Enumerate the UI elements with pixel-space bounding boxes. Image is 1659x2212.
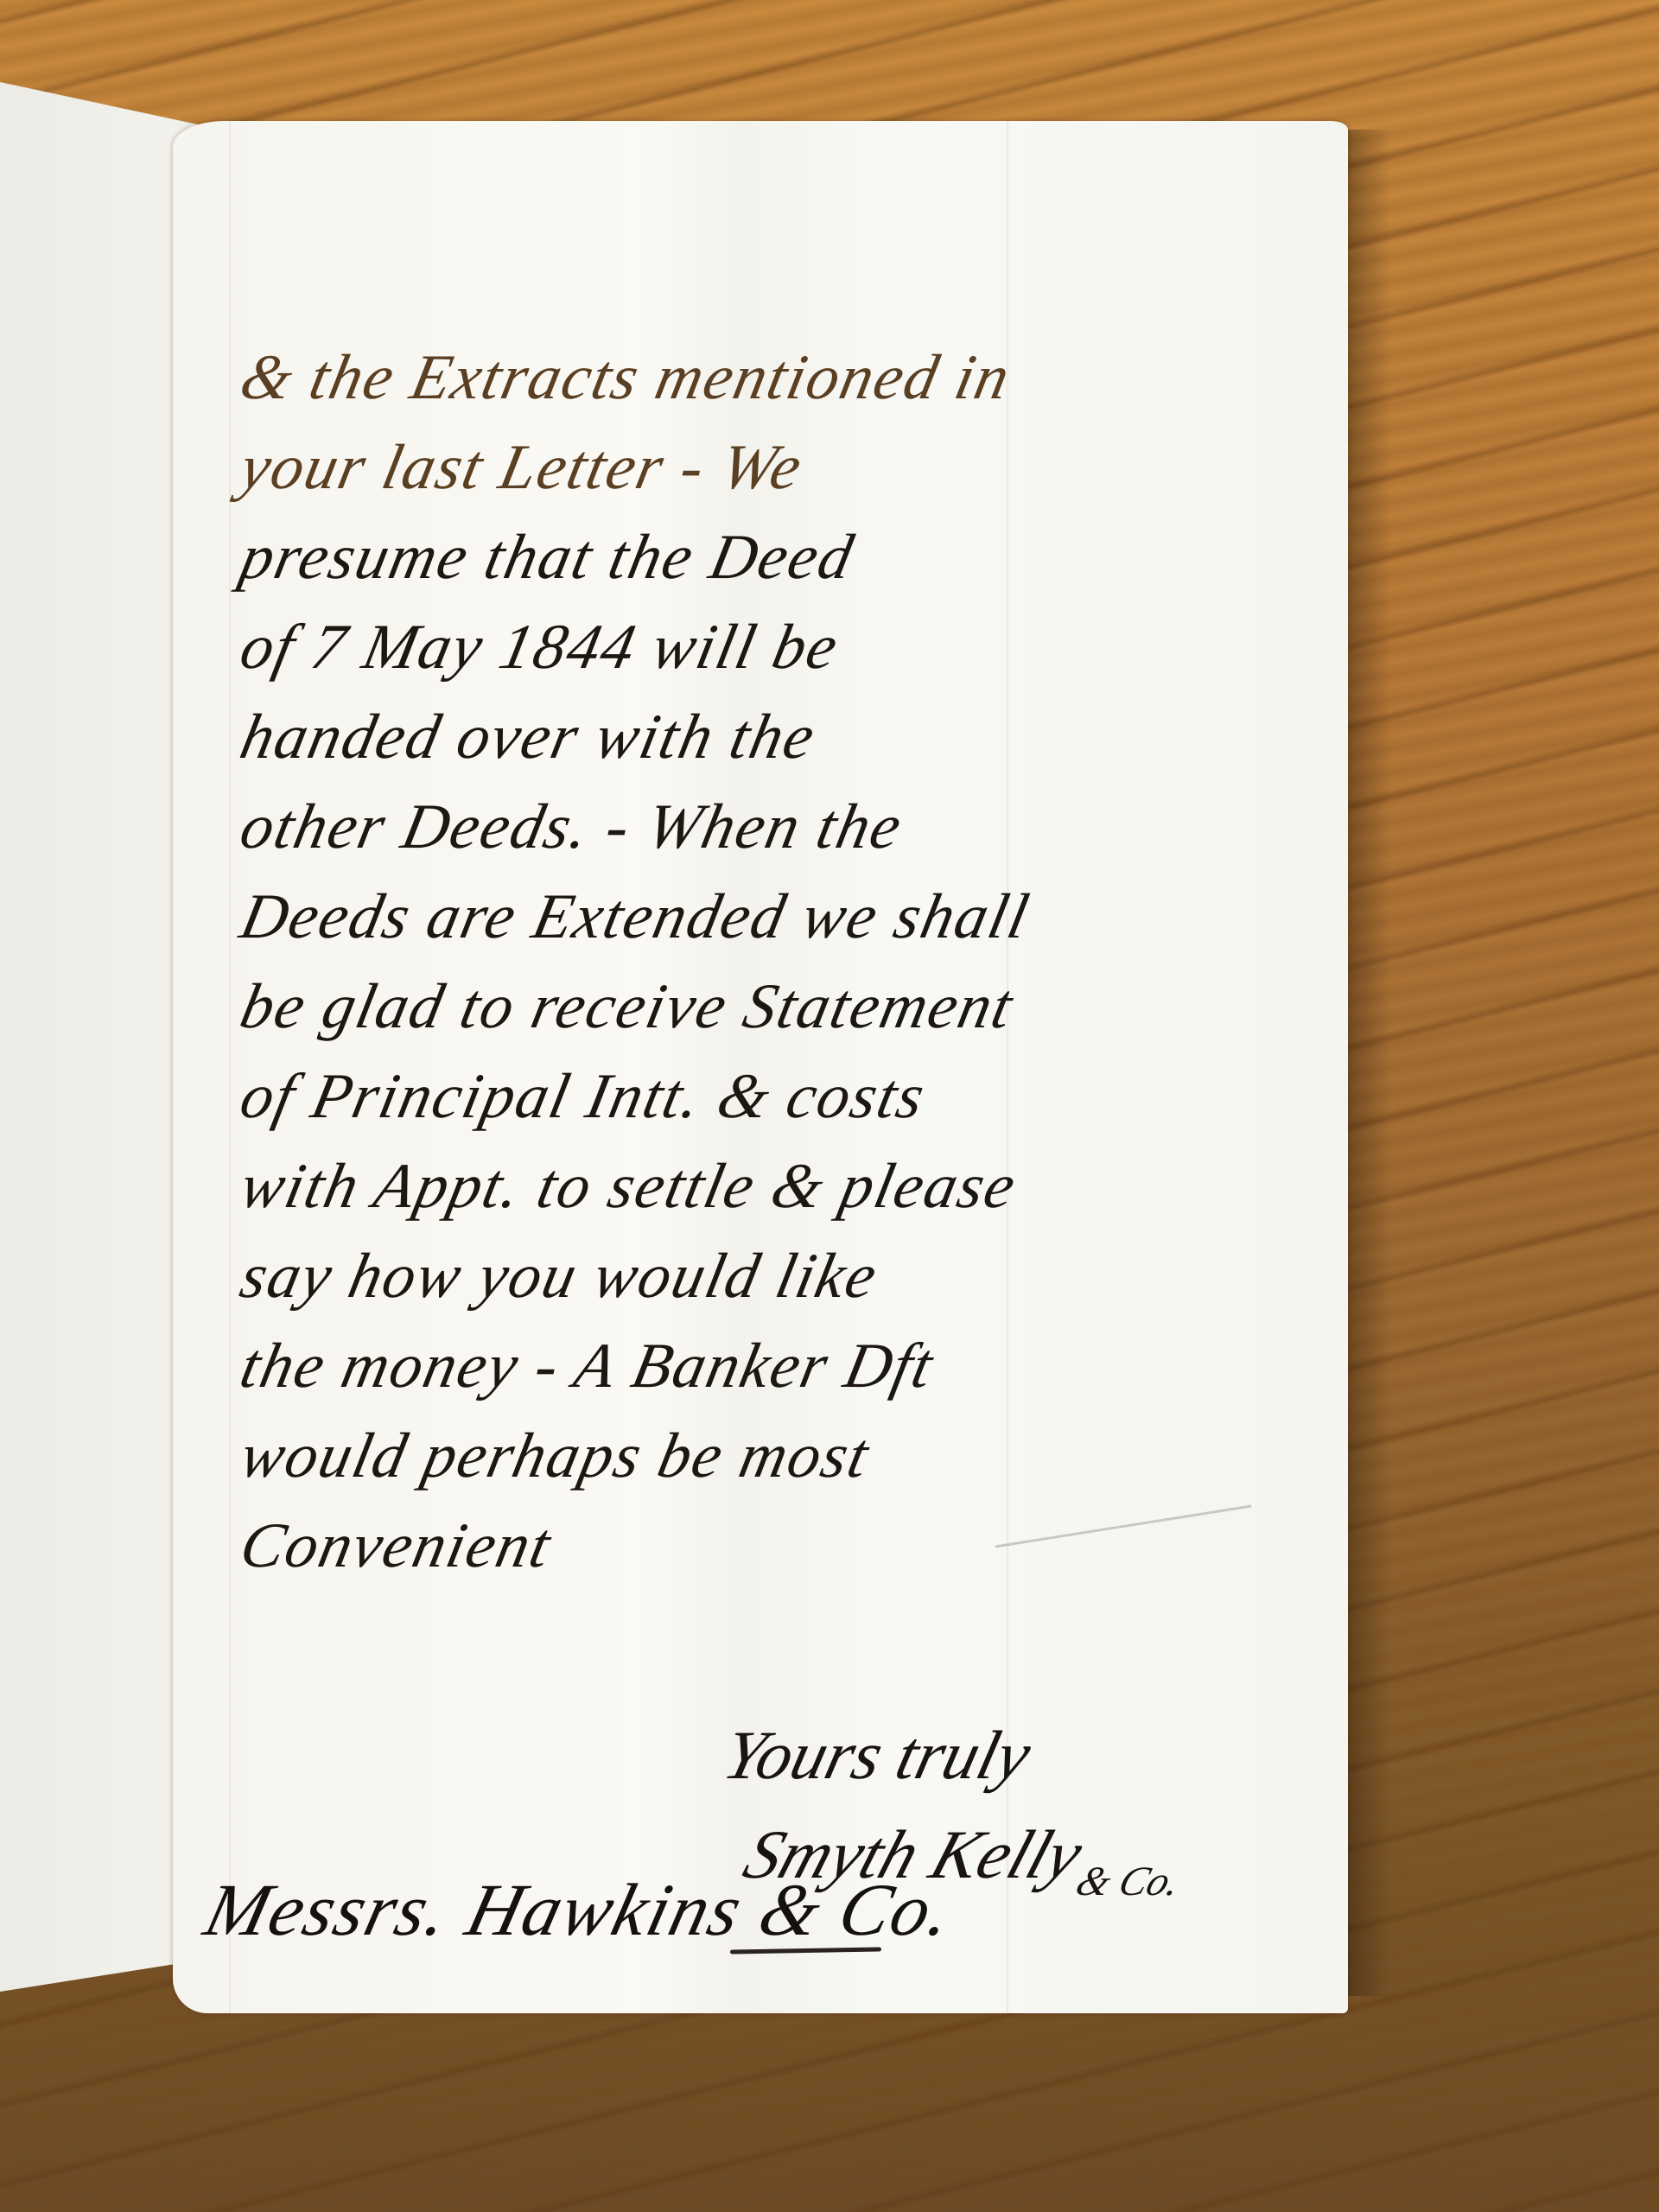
signature-suffix: & Co. [1071,1859,1187,1904]
letter-line: be glad to receive Statement [232,962,1340,1052]
addressee: Messrs. Hawkins & Co. [197,1866,963,1953]
letter-body: & the Extracts mentioned in your last Le… [242,333,1331,1591]
letter-line: of Principal Intt. & costs [232,1052,1340,1141]
letter-line: with Appt. to settle & please [232,1141,1340,1231]
valediction: Yours truly [679,1707,1361,1806]
letter-page: & the Extracts mentioned in your last Le… [173,121,1348,2013]
letter-line: & the Extracts mentioned in [232,333,1340,423]
letter-line: handed over with the [232,692,1340,782]
paper-fold-crease-left [229,121,232,2013]
letter-line: the money - A Banker Dft [232,1321,1340,1411]
letter-line: Deeds are Extended we shall [232,872,1340,962]
letter-line: your last Letter - We [232,423,1340,512]
letter-line: presume that the Deed [232,512,1340,602]
letter-line: of 7 May 1844 will be [232,602,1340,692]
letter-line: Convenient [232,1501,1340,1591]
letter-line: would perhaps be most [232,1411,1340,1501]
letter-line: say how you would like [232,1231,1340,1321]
letter-line: other Deeds. - When the [232,782,1340,872]
